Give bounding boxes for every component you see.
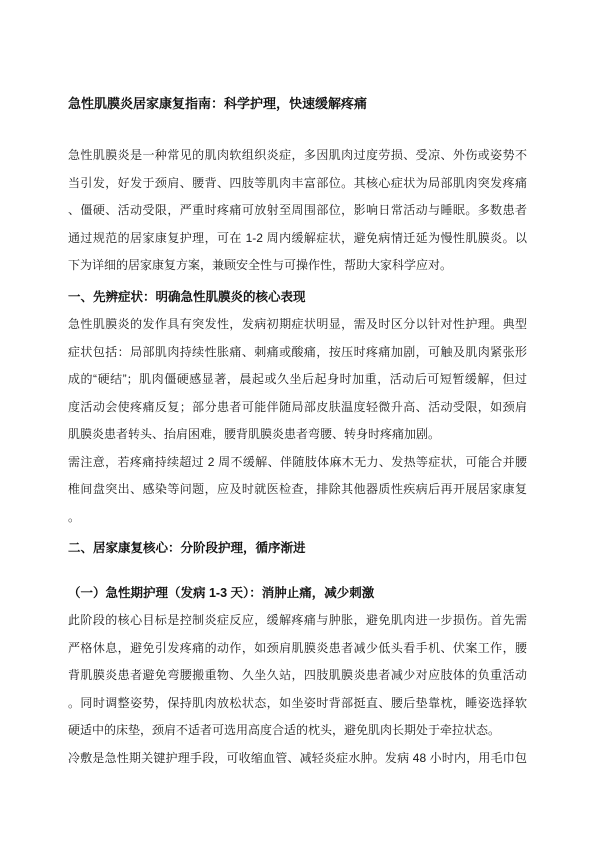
text-line: 急性肌膜炎的发作具有突发性，发病初期症状明显，需及时区分以针对性护理。典型 [68, 311, 527, 339]
paragraph: 需注意，若疼痛持续超过 2 周不缓解、伴随肢体麻木无力、发热等症状，可能合并腰椎… [68, 449, 527, 532]
paragraph: 此阶段的核心目标是控制炎症反应，缓解疼痛与肿胀，避免肌肉进一步损伤。首先需严格休… [68, 607, 527, 745]
document-title: 急性肌膜炎居家康复指南：科学护理，快速缓解疼痛 [68, 92, 527, 116]
text-line: 症状包括：局部肌肉持续性胀痛、刺痛或酸痛，按压时疼痛加剧，可触及肌肉紧张形 [68, 339, 527, 367]
text-line: 度活动会使疼痛反复；部分患者可能伴随局部皮肤温度轻微升高、活动受限，如颈肩 [68, 394, 527, 422]
document-content: 急性肌膜炎居家康复指南：科学护理，快速缓解疼痛 急性肌膜炎是一种常见的肌肉软组织… [68, 92, 527, 772]
paragraph: 急性肌膜炎是一种常见的肌肉软组织炎症，多因肌肉过度劳损、受凉、外伤或姿势不当引发… [68, 142, 527, 280]
text-line: 冷敷是急性期关键护理手段，可收缩血管、减轻炎症水肿。发病 48 小时内，用毛巾包 [68, 745, 527, 773]
text-line: 椎间盘突出、感染等问题，应及时就医检查，排除其他器质性疾病后再开展居家康复 [68, 476, 527, 504]
document-page: 急性肌膜炎居家康复指南：科学护理，快速缓解疼痛 急性肌膜炎是一种常见的肌肉软组织… [0, 0, 595, 842]
text-line: 通过规范的居家康复护理，可在 1-2 周内缓解症状，避免病情迁延为慢性肌膜炎。以 [68, 225, 527, 253]
text-line: 成的“硬结”；肌肉僵硬感显著，晨起或久坐后起身时加重，活动后可短暂缓解，但过 [68, 366, 527, 394]
paragraph: 冷敷是急性期关键护理手段，可收缩血管、减轻炎症水肿。发病 48 小时内，用毛巾包 [68, 745, 527, 773]
text-line: 、僵硬、活动受限，严重时疼痛可放射至周围部位，影响日常活动与睡眠。多数患者 [68, 197, 527, 225]
document-body: 急性肌膜炎是一种常见的肌肉软组织炎症，多因肌肉过度劳损、受凉、外伤或姿势不当引发… [68, 142, 527, 772]
text-line: 此阶段的核心目标是控制炎症反应，缓解疼痛与肿胀，避免肌肉进一步损伤。首先需 [68, 607, 527, 635]
section-heading: 二、居家康复核心：分阶段护理，循序渐进 [68, 535, 527, 563]
text-line: 严格休息，避免引发疼痛的动作，如颈肩肌膜炎患者减少低头看手机、伏案工作，腰 [68, 635, 527, 663]
paragraph: 急性肌膜炎的发作具有突发性，发病初期症状明显，需及时区分以针对性护理。典型症状包… [68, 311, 527, 449]
text-line: 。同时调整姿势，保持肌肉放松状态，如坐姿时背部挺直、腰后垫靠枕，睡姿选择软 [68, 690, 527, 718]
text-line: 硬适中的床垫，颈肩不适者可选用高度合适的枕头，避免肌肉长期处于牵拉状态。 [68, 717, 527, 745]
text-line: 肌膜炎患者转头、抬肩困难，腰背肌膜炎患者弯腰、转身时疼痛加剧。 [68, 421, 527, 449]
text-line: 急性肌膜炎是一种常见的肌肉软组织炎症，多因肌肉过度劳损、受凉、外伤或姿势不 [68, 142, 527, 170]
text-line: 需注意，若疼痛持续超过 2 周不缓解、伴随肢体麻木无力、发热等症状，可能合并腰 [68, 449, 527, 477]
section-heading: 一、先辨症状：明确急性肌膜炎的核心表现 [68, 284, 527, 312]
text-line: 。 [68, 504, 527, 532]
section-heading: （一）急性期护理（发病 1-3 天）：消肿止痛，减少刺激 [68, 580, 527, 608]
text-line: 下为详细的居家康复方案，兼顾安全性与可操作性，帮助大家科学应对。 [68, 252, 527, 280]
text-line: 当引发，好发于颈肩、腰背、四肢等肌肉丰富部位。其核心症状为局部肌肉突发疼痛 [68, 170, 527, 198]
text-line: 背肌膜炎患者避免弯腰搬重物、久坐久站，四肢肌膜炎患者减少对应肢体的负重活动 [68, 662, 527, 690]
